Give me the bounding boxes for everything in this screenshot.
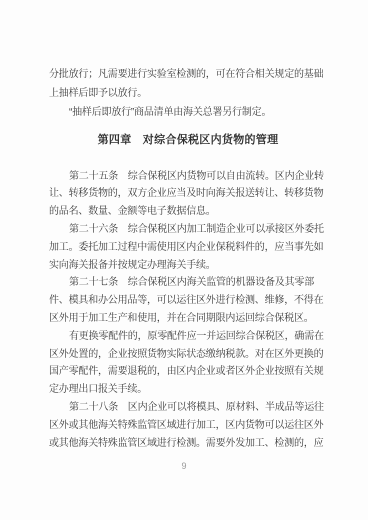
text-line: 分批放行；凡需要进行实验室检测的，可在符合相关规定的基础 — [49, 65, 327, 84]
text-line: 区外用于加工生产和使用，并在合同期限内运回综合保税区。 — [49, 310, 327, 328]
text-line: 定办理出口报关手续。 — [49, 381, 327, 399]
text-line: 区外处置的，企业按照货物实际状态缴纳税款。对在区外更换的 — [49, 346, 327, 364]
text-line: 第二十六条 综合保税区内加工制造企业可以承接区外委托 — [49, 221, 327, 239]
text-line: 区外或其他海关特殊监管区域进行加工，区内货物可以运往区外 — [49, 417, 327, 435]
text-line: 第二十七条 综合保税区内海关监管的机器设备及其零部 — [49, 274, 327, 292]
text-column: 分批放行；凡需要进行实验室检测的，可在符合相关规定的基础上抽样后即予以放行。“抽… — [49, 65, 327, 452]
document-page: 分批放行；凡需要进行实验室检测的，可在符合相关规定的基础上抽样后即予以放行。“抽… — [0, 0, 368, 520]
chapter-heading: 第四章 对综合保税区内货物的管理 — [49, 131, 327, 150]
text-line: 有更换零配件的，原零配件应一并运回综合保税区，确需在 — [49, 328, 327, 346]
text-line: 让、转移货物的，双方企业应当及时向海关报送转让、转移货物 — [49, 185, 327, 203]
chapter-body: 第二十五条 综合保税区内货物可以自由流转。区内企业转让、转移货物的，双方企业应当… — [49, 168, 327, 453]
text-line: 实向海关报备并按规定办理海关手续。 — [49, 257, 327, 275]
text-line: 上抽样后即予以放行。 — [49, 84, 327, 103]
page-number: 9 — [0, 460, 368, 473]
paragraph-top: 分批放行；凡需要进行实验室检测的，可在符合相关规定的基础上抽样后即予以放行。“抽… — [49, 65, 327, 123]
text-line: “抽样后即放行”商品清单由海关总署另行制定。 — [49, 103, 327, 122]
text-line: 加工。委托加工过程中需使用区内企业保税料件的，应当事先如 — [49, 239, 327, 257]
text-line: 第二十五条 综合保税区内货物可以自由流转。区内企业转 — [49, 168, 327, 186]
text-line: 第二十八条 区内企业可以将模具、原材料、半成品等运往 — [49, 399, 327, 417]
text-line: 或其他海关特殊监管区域进行检测。需要外发加工、检测的，应 — [49, 435, 327, 453]
text-line: 的品名、数量、金额等电子数据信息。 — [49, 203, 327, 221]
text-line: 件、模具和办公用品等，可以运往区外进行检测、维修，不得在 — [49, 292, 327, 310]
text-line: 国产零配件，需要退税的，由区内企业或者区外企业按照有关规 — [49, 363, 327, 381]
